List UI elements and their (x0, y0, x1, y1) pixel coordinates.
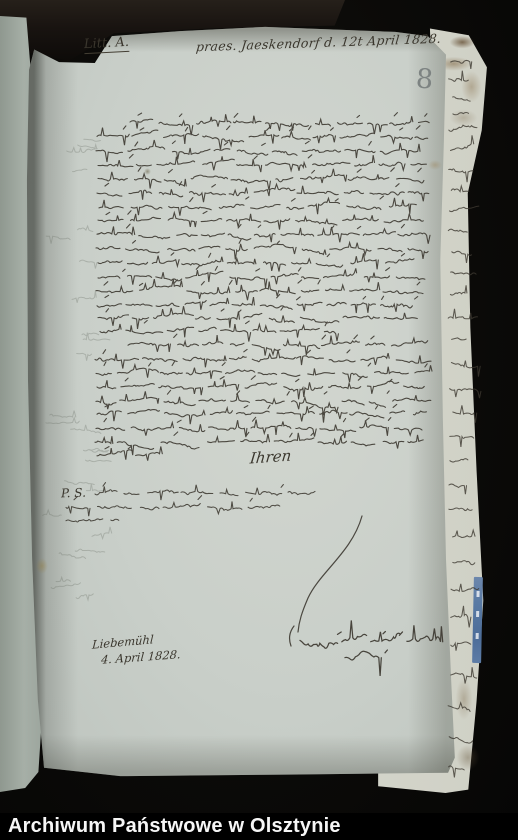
page-number: 8 (415, 63, 434, 95)
edge-fragments (448, 60, 481, 777)
closing-word: Ihren (249, 446, 292, 467)
ghost-writing (43, 139, 112, 600)
handwriting-svg (0, 0, 518, 840)
postscript-lines (66, 483, 315, 522)
signature-lines (300, 620, 443, 676)
caption-bar: Archiwum Państwowe w Olsztynie (0, 813, 518, 840)
caption-title: Archiwum Państwowe w Olsztynie (0, 815, 341, 838)
body-paragraph-1 (96, 113, 430, 342)
body-paragraph-2 (95, 334, 432, 460)
litt-annotation: Litt. A. (84, 35, 130, 54)
postscript-prefix: P. S. (61, 486, 86, 501)
archival-photo: Litt. A. praes. Jaeskendorf d. 12t April… (0, 0, 518, 840)
